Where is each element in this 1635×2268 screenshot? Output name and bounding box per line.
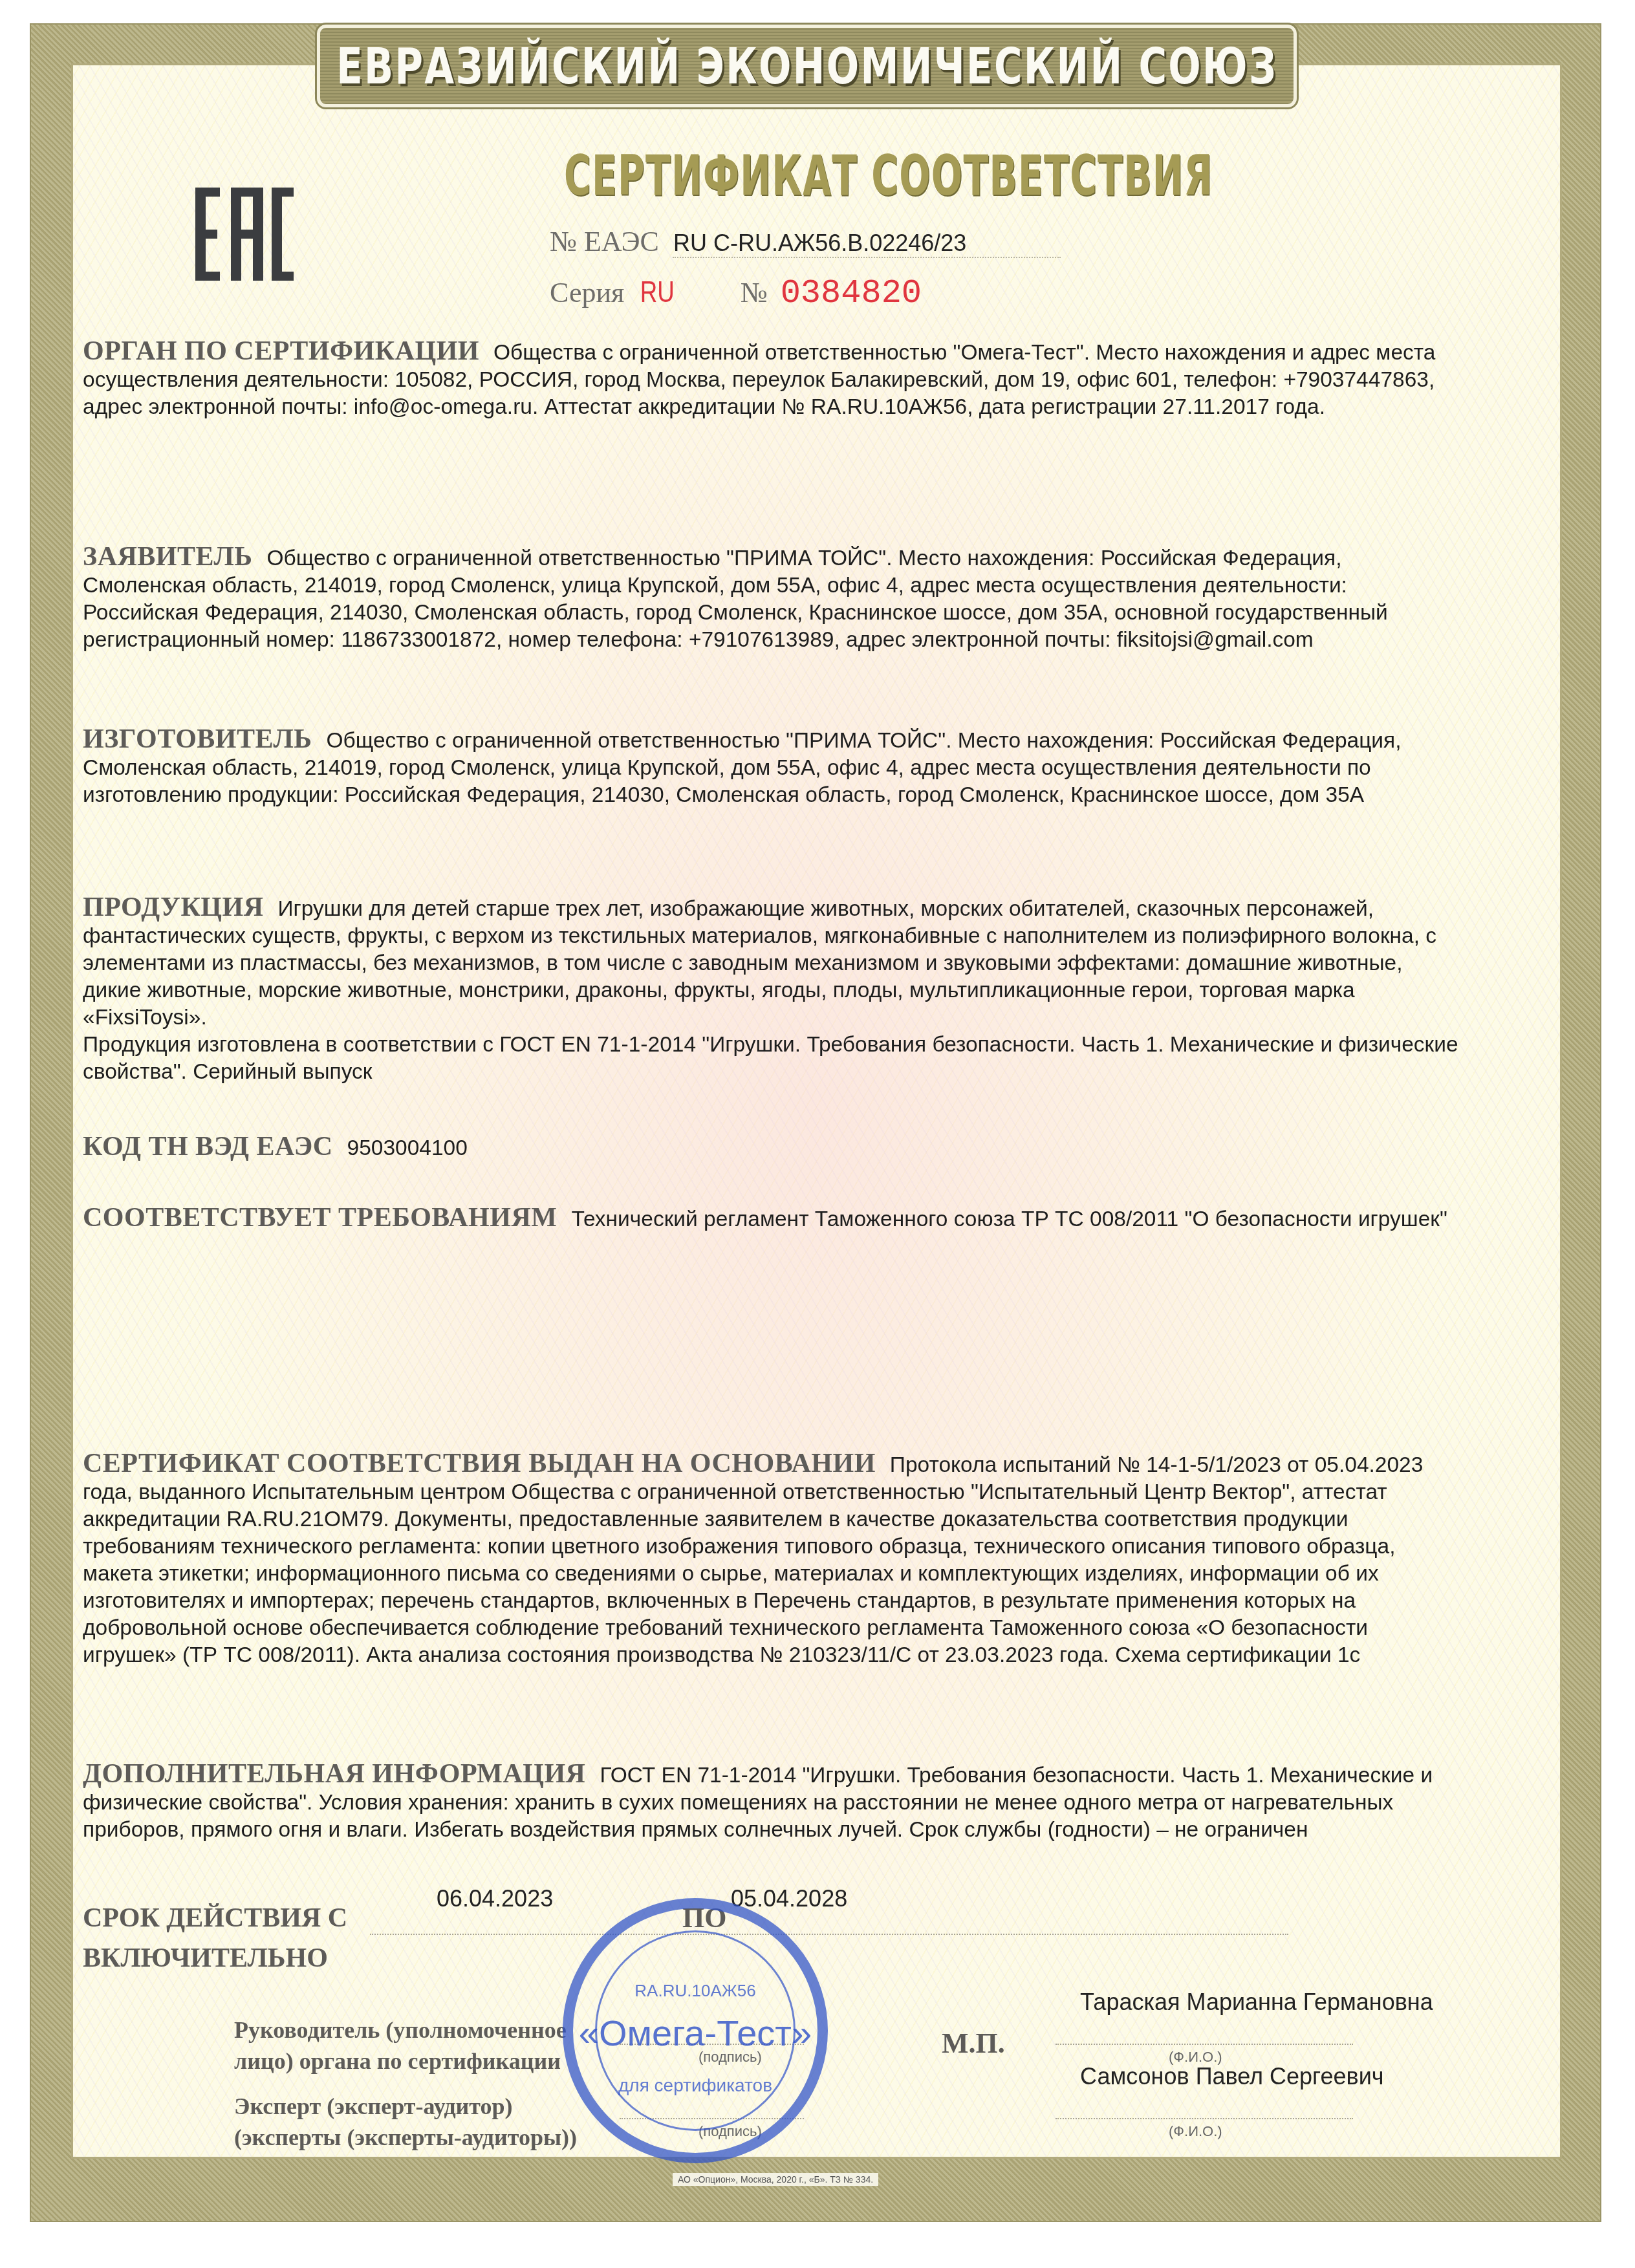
validity-label-line1: СРОК ДЕЙСТВИЯ С <box>83 1898 347 1938</box>
section-text: 9503004100 <box>347 1136 468 1160</box>
expert-name: Самсонов Павел Сергеевич <box>1080 2063 1384 2090</box>
section-certification-body: ОРГАН ПО СЕРТИФИКАЦИИОбщества с ограниче… <box>83 338 1467 421</box>
expert-label-line1: Эксперт (эксперт-аудитор) <box>234 2091 577 2122</box>
section-heading: ЗАЯВИТЕЛЬ <box>83 542 253 572</box>
section-text: Протокола испытаний № 14-1-5/1/2023 от 0… <box>83 1453 1423 1667</box>
validity-label-line2: ВКЛЮЧИТЕЛЬНО <box>83 1938 347 1978</box>
expert-fio-caption: (Ф.И.О.) <box>1169 2123 1222 2140</box>
validity-label: СРОК ДЕЙСТВИЯ С ВКЛЮЧИТЕЛЬНО <box>83 1898 347 1978</box>
cert-number-value: RU C-RU.АЖ56.В.02246/23 <box>673 230 966 257</box>
validity-underline <box>370 1934 1288 1935</box>
blank-number-label: № <box>741 276 768 309</box>
head-signatory-label: Руководитель (уполномоченное лицо) орган… <box>234 2014 567 2077</box>
section-heading: КОД ТН ВЭД ЕАЭС <box>83 1132 333 1161</box>
section-text: Игрушки для детей старше трех лет, изобр… <box>83 897 1436 1030</box>
section-heading: СЕРТИФИКАТ СООТВЕТСТВИЯ ВЫДАН НА ОСНОВАН… <box>83 1449 876 1478</box>
section-heading: ОРГАН ПО СЕРТИФИКАЦИИ <box>83 336 479 366</box>
organization-seal: RA.RU.10АЖ56 «Омега-Тест» для сертификат… <box>563 1898 828 2163</box>
seal-name: «Омега-Тест» <box>573 2012 817 2054</box>
section-text: Технический регламент Таможенного союза … <box>571 1207 1447 1231</box>
section-additional-info: ДОПОЛНИТЕЛЬНАЯ ИНФОРМАЦИЯГОСТ EN 71-1-20… <box>83 1760 1467 1844</box>
section-applicant: ЗАЯВИТЕЛЬОбщество с ограниченной ответст… <box>83 543 1467 654</box>
head-label-line1: Руководитель (уполномоченное <box>234 2014 567 2046</box>
union-banner: ЕВРАЗИЙСКИЙ ЭКОНОМИЧЕСКИЙ СОЮЗ <box>317 25 1297 107</box>
document-title: СЕРТИФИКАТ СООТВЕТСТВИЯ <box>564 144 1021 208</box>
series-value: RU <box>640 274 675 309</box>
expert-label-line2: (эксперты (эксперты-аудиторы)) <box>234 2122 577 2153</box>
print-imprint: АО «Опцион», Москва, 2020 г., «Б». ТЗ № … <box>673 2173 878 2186</box>
section-text: Общество с ограниченной ответственностью… <box>83 546 1388 652</box>
union-title: ЕВРАЗИЙСКИЙ ЭКОНОМИЧЕСКИЙ СОЮЗ <box>336 38 1277 95</box>
section-heading: ДОПОЛНИТЕЛЬНАЯ ИНФОРМАЦИЯ <box>83 1759 585 1789</box>
section-manufacturer: ИЗГОТОВИТЕЛЬОбщество с ограниченной отве… <box>83 726 1467 809</box>
cert-number-label: № ЕАЭС <box>550 225 659 258</box>
seal-purpose: для сертификатов <box>573 2075 817 2096</box>
section-product: ПРОДУКЦИЯИгрушки для детей старше трех л… <box>83 894 1467 1086</box>
blank-number: 0384820 <box>781 274 922 312</box>
section-basis: СЕРТИФИКАТ СООТВЕТСТВИЯ ВЫДАН НА ОСНОВАН… <box>83 1450 1467 1669</box>
section-heading: ПРОДУКЦИЯ <box>83 892 264 922</box>
section-heading: СООТВЕТСТВУЕТ ТРЕБОВАНИЯМ <box>83 1203 557 1233</box>
validity-to: 05.04.2028 <box>731 1885 847 1912</box>
expert-fio-line <box>1056 2118 1353 2119</box>
cert-number-underline <box>673 257 1061 258</box>
head-name: Тараская Марианна Германовна <box>1080 1989 1433 2016</box>
validity-from: 06.04.2023 <box>437 1885 553 1912</box>
section-complies: СООТВЕТСТВУЕТ ТРЕБОВАНИЯМТехнический рег… <box>83 1204 1467 1233</box>
stamp-place-label: М.П. <box>942 2027 1005 2060</box>
head-fio-line <box>1056 2044 1353 2045</box>
seal-accreditation: RA.RU.10АЖ56 <box>573 1981 817 2001</box>
section-heading: ИЗГОТОВИТЕЛЬ <box>83 724 312 754</box>
blank-series: Серия RU № 0384820 <box>550 274 922 312</box>
expert-signatory-label: Эксперт (эксперт-аудитор) (эксперты (экс… <box>234 2091 577 2153</box>
certificate-number: № ЕАЭС RU C-RU.АЖ56.В.02246/23 <box>550 225 966 258</box>
section-text-standard: Продукция изготовлена в соответствии с Г… <box>83 1031 1467 1086</box>
series-label: Серия <box>550 276 624 309</box>
head-label-line2: лицо) органа по сертификации <box>234 2046 567 2077</box>
eac-mark-icon <box>195 188 292 281</box>
section-hs-code: КОД ТН ВЭД ЕАЭС9503004100 <box>83 1133 1467 1162</box>
